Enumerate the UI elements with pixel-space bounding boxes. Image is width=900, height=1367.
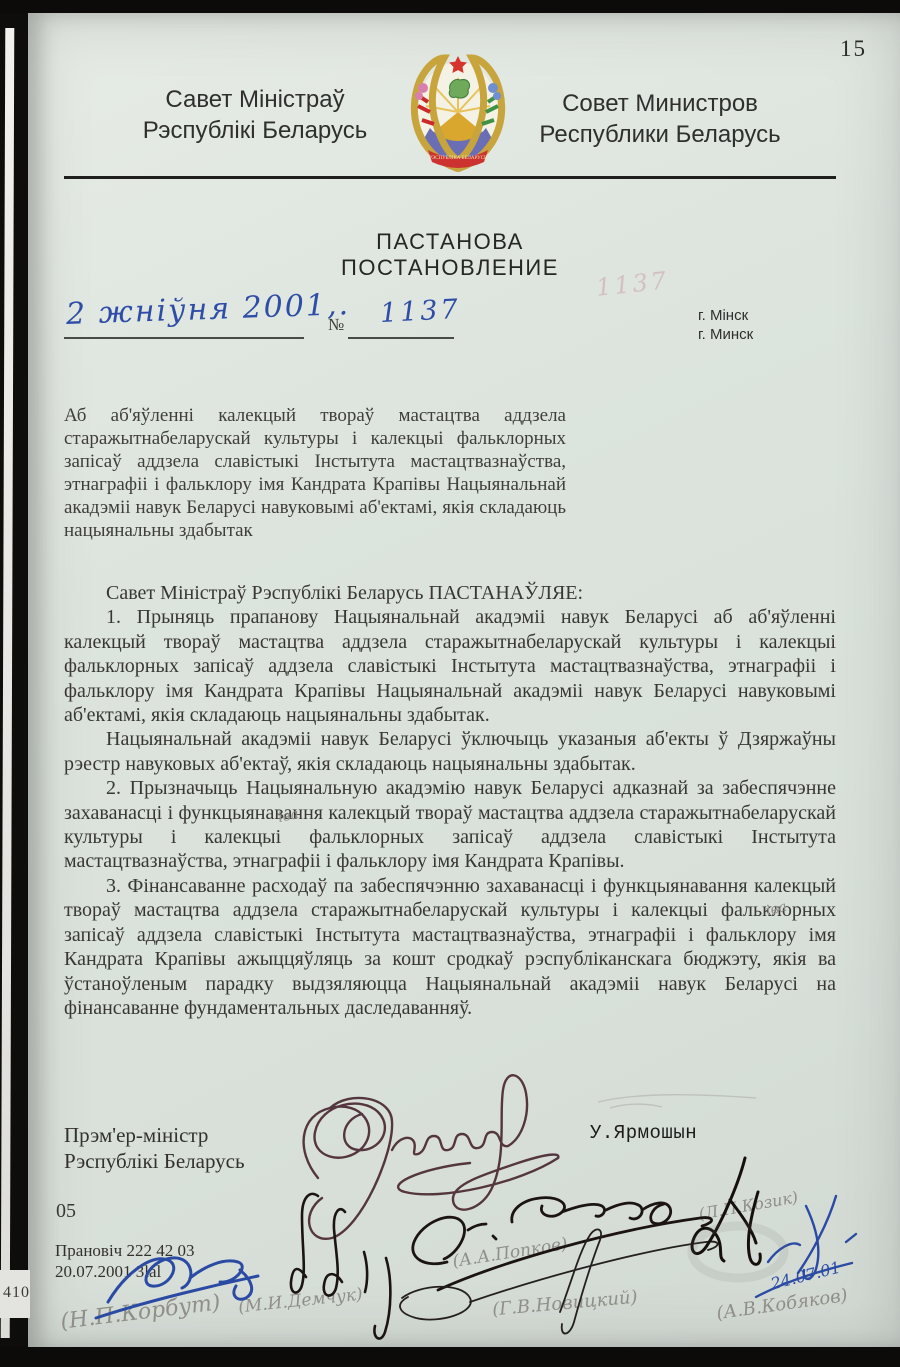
doc-code: 05	[56, 1200, 76, 1223]
org-name-belarusian: Савет Міністраў Рэспублікі Беларусь	[105, 84, 405, 146]
place-belarusian: г. Мінск	[698, 306, 753, 325]
org-name-by-line2: Рэспублікі Беларусь	[105, 115, 405, 146]
scan-top-margin	[0, 0, 900, 13]
place-block: г. Мінск г. Минск	[698, 306, 753, 344]
paragraph-1: 1. Прыняць прапанову Нацыянальнай акадэм…	[64, 605, 836, 727]
date-underline	[64, 337, 304, 339]
signer-title: Прэм'ер-міністр Рэспублікі Беларусь	[64, 1122, 245, 1174]
number-sign: №	[328, 315, 344, 335]
signer-title-line1: Прэм'ер-міністр	[64, 1122, 245, 1148]
org-name-ru-line1: Совет Министров	[510, 88, 810, 119]
coat-of-arms-icon: РЭСПУБЛІКА БЕЛАРУСЬ	[398, 50, 518, 172]
org-name-russian: Совет Министров Республики Беларусь	[510, 88, 810, 150]
paragraph-1a: Нацыянальнай акадэміі навук Беларусі ўкл…	[64, 727, 836, 776]
doc-body: Савет Міністраў Рэспублікі Беларусь ПАСТ…	[64, 581, 836, 1020]
edge-number: 410	[3, 1284, 30, 1302]
doc-type-belarusian: ПАСТАНОВА	[0, 229, 900, 255]
handwritten-doc-number: 1137	[379, 294, 461, 329]
executor-name-phone: Прановіч 222 42 03	[55, 1240, 194, 1261]
body-opening: Савет Міністраў Рэспублікі Беларусь ПАСТ…	[64, 581, 836, 605]
executor-info: Прановіч 222 42 03 20.07.2001 3lal	[55, 1240, 194, 1282]
place-russian: г. Минск	[698, 325, 753, 344]
paragraph-2: 2. Прызначыць Нацыянальную акадэмію наву…	[64, 776, 836, 874]
header-divider	[64, 176, 836, 179]
org-name-ru-line2: Республики Беларусь	[510, 119, 810, 150]
doc-type-russian: ПОСТАНОВЛЕНИЕ	[0, 255, 900, 281]
org-name-by-line1: Савет Міністраў	[105, 84, 405, 115]
page-number: 15	[840, 36, 867, 62]
signer-name: У.Ярмошын	[590, 1122, 697, 1144]
paragraph-3: 3. Фінансаванне расходаў па забеспячэнню…	[64, 874, 836, 1020]
number-underline	[348, 337, 454, 339]
executor-date: 20.07.2001 3lal	[55, 1261, 194, 1282]
emblem-ribbon-text: РЭСПУБЛІКА БЕЛАРУСЬ	[429, 156, 487, 161]
doc-title: Аб аб'яўленні калекцый твораў мастацтва …	[64, 404, 566, 542]
signer-title-line2: Рэспублікі Беларусь	[64, 1148, 245, 1174]
scan-bottom-margin	[0, 1347, 900, 1367]
scanned-document: 410 15 Савет Міністраў Рэспублікі Белару…	[0, 0, 900, 1367]
